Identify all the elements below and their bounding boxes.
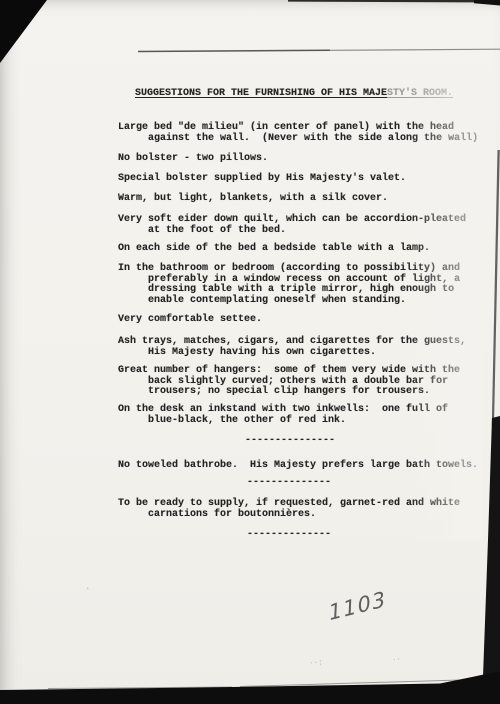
paragraph-hangers: Great number of hangers: some of them ve… (118, 366, 486, 398)
dashed-divider: -------------- (247, 478, 331, 489)
paragraph-bathrobe: No toweled bathrobe. His Majesty prefers… (118, 461, 486, 472)
scan-right-edge-line (492, 150, 500, 425)
scan-bottom-bar (0, 671, 500, 704)
scan-page-edge-line (138, 50, 330, 51)
paragraph-carnations: To be ready to supply, if requested, gar… (118, 499, 486, 520)
scan-top-edge-line (288, 0, 500, 3)
scan-bottom-faint-line (48, 687, 232, 689)
scan-bottom-faint-line (240, 680, 460, 687)
scan-page-edge-line (330, 49, 500, 50)
paragraph-special-bolster: Special bolster supplied by His Majesty'… (118, 174, 486, 185)
paragraph-large-bed: Large bed "de milieu" (in center of pane… (118, 123, 486, 144)
paragraph-dressing-table: In the bathroom or bedroom (according to… (118, 264, 486, 306)
pencil-smudge: ·· (393, 655, 403, 665)
dashed-divider: -------------- (247, 530, 331, 541)
scan-top-edge-blob (474, 0, 500, 6)
scanned-document-page: SUGGESTIONS FOR THE FURNISHING OF HIS MA… (0, 0, 500, 704)
document-title-main: SUGGESTIONS FOR THE FURNISHING OF HIS MA… (135, 88, 387, 99)
paragraph-inkstand: On the desk an inkstand with two inkwell… (118, 405, 486, 426)
handwritten-page-number: 1103 (327, 587, 388, 625)
scan-corner-shadow (0, 0, 47, 63)
document-title-faded: STY'S ROOM. (387, 88, 453, 99)
pencil-smudge: ' (87, 586, 92, 595)
paragraph-eiderdown-quilt: Very soft eider down quilt, which can be… (118, 215, 486, 236)
dashed-divider: --------------- (245, 436, 335, 447)
paragraph-bedside-table: On each side of the bed a bedside table … (118, 244, 486, 255)
paragraph-no-bolster: No bolster - two pillows. (118, 154, 486, 165)
paragraph-settee: Very comfortable settee. (118, 315, 486, 326)
pencil-smudge: ··: (310, 657, 325, 667)
paragraph-ash-trays: Ash trays, matches, cigars, and cigarett… (118, 337, 486, 358)
document-title: SUGGESTIONS FOR THE FURNISHING OF HIS MA… (135, 89, 453, 100)
paragraph-blankets: Warm, but light, blankets, with a silk c… (118, 194, 486, 205)
scan-right-edge-strip (482, 416, 500, 704)
